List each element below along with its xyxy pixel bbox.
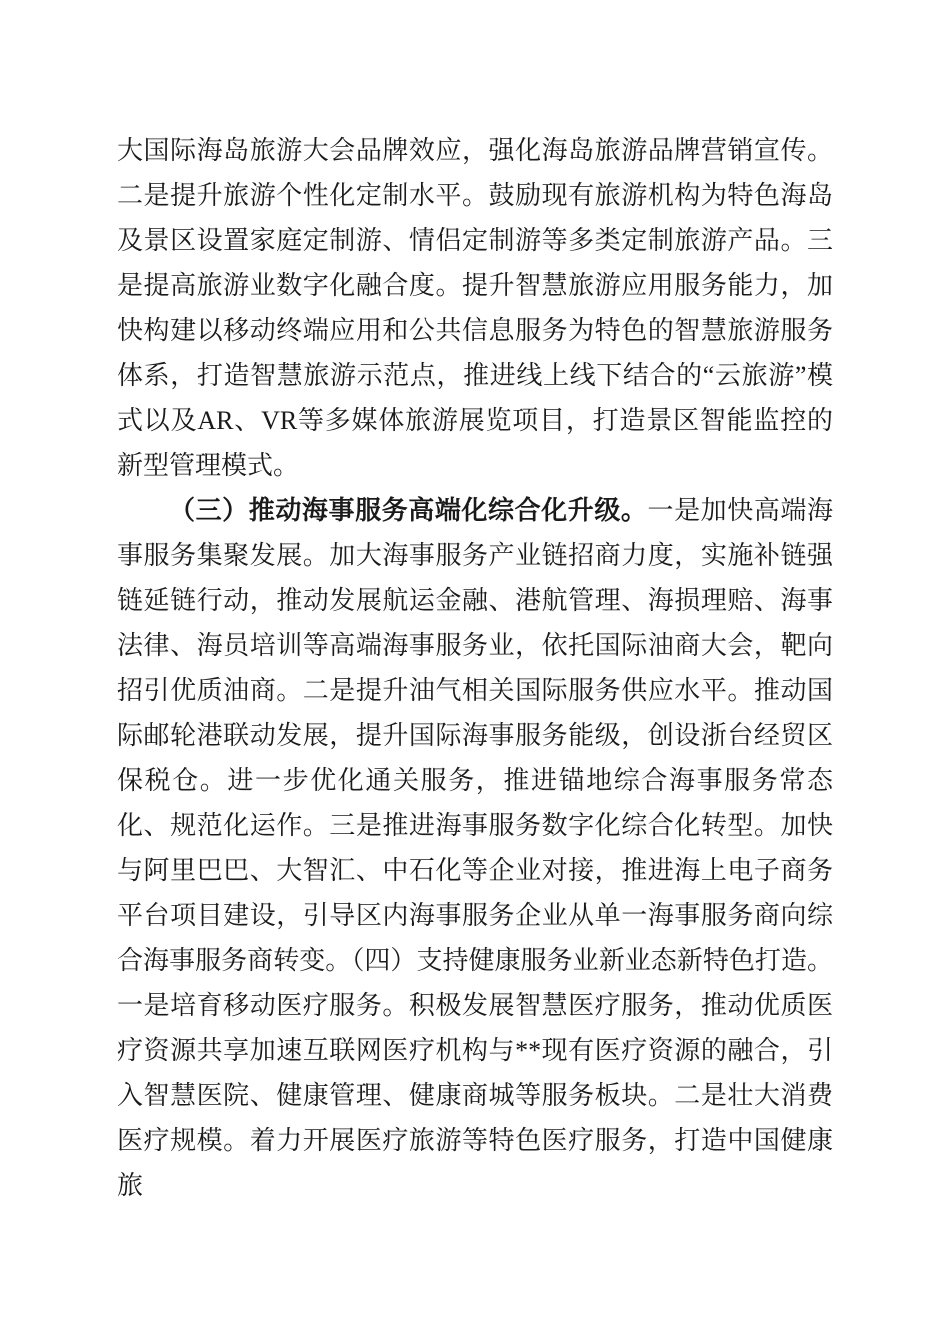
document-page: 大国际海岛旅游大会品牌效应，强化海岛旅游品牌营销宣传。二是提升旅游个性化定制水平… bbox=[0, 0, 950, 1344]
paragraph-maritime-services: （三）推动海事服务高端化综合化升级。一是加快高端海事服务集聚发展。加大海事服务产… bbox=[117, 488, 833, 1208]
document-body: 大国际海岛旅游大会品牌效应，强化海岛旅游品牌营销宣传。二是提升旅游个性化定制水平… bbox=[117, 128, 833, 1208]
section-heading-run: （三）推动海事服务高端化综合化升级。 bbox=[169, 496, 647, 525]
body-text-run: 一是加快高端海事服务集聚发展。加大海事服务产业链招商力度，实施补链强链延链行动，… bbox=[117, 496, 833, 1200]
body-text-run: 大国际海岛旅游大会品牌效应，强化海岛旅游品牌营销宣传。二是提升旅游个性化定制水平… bbox=[117, 136, 833, 480]
paragraph-tourism-continuation: 大国际海岛旅游大会品牌效应，强化海岛旅游品牌营销宣传。二是提升旅游个性化定制水平… bbox=[117, 128, 833, 488]
